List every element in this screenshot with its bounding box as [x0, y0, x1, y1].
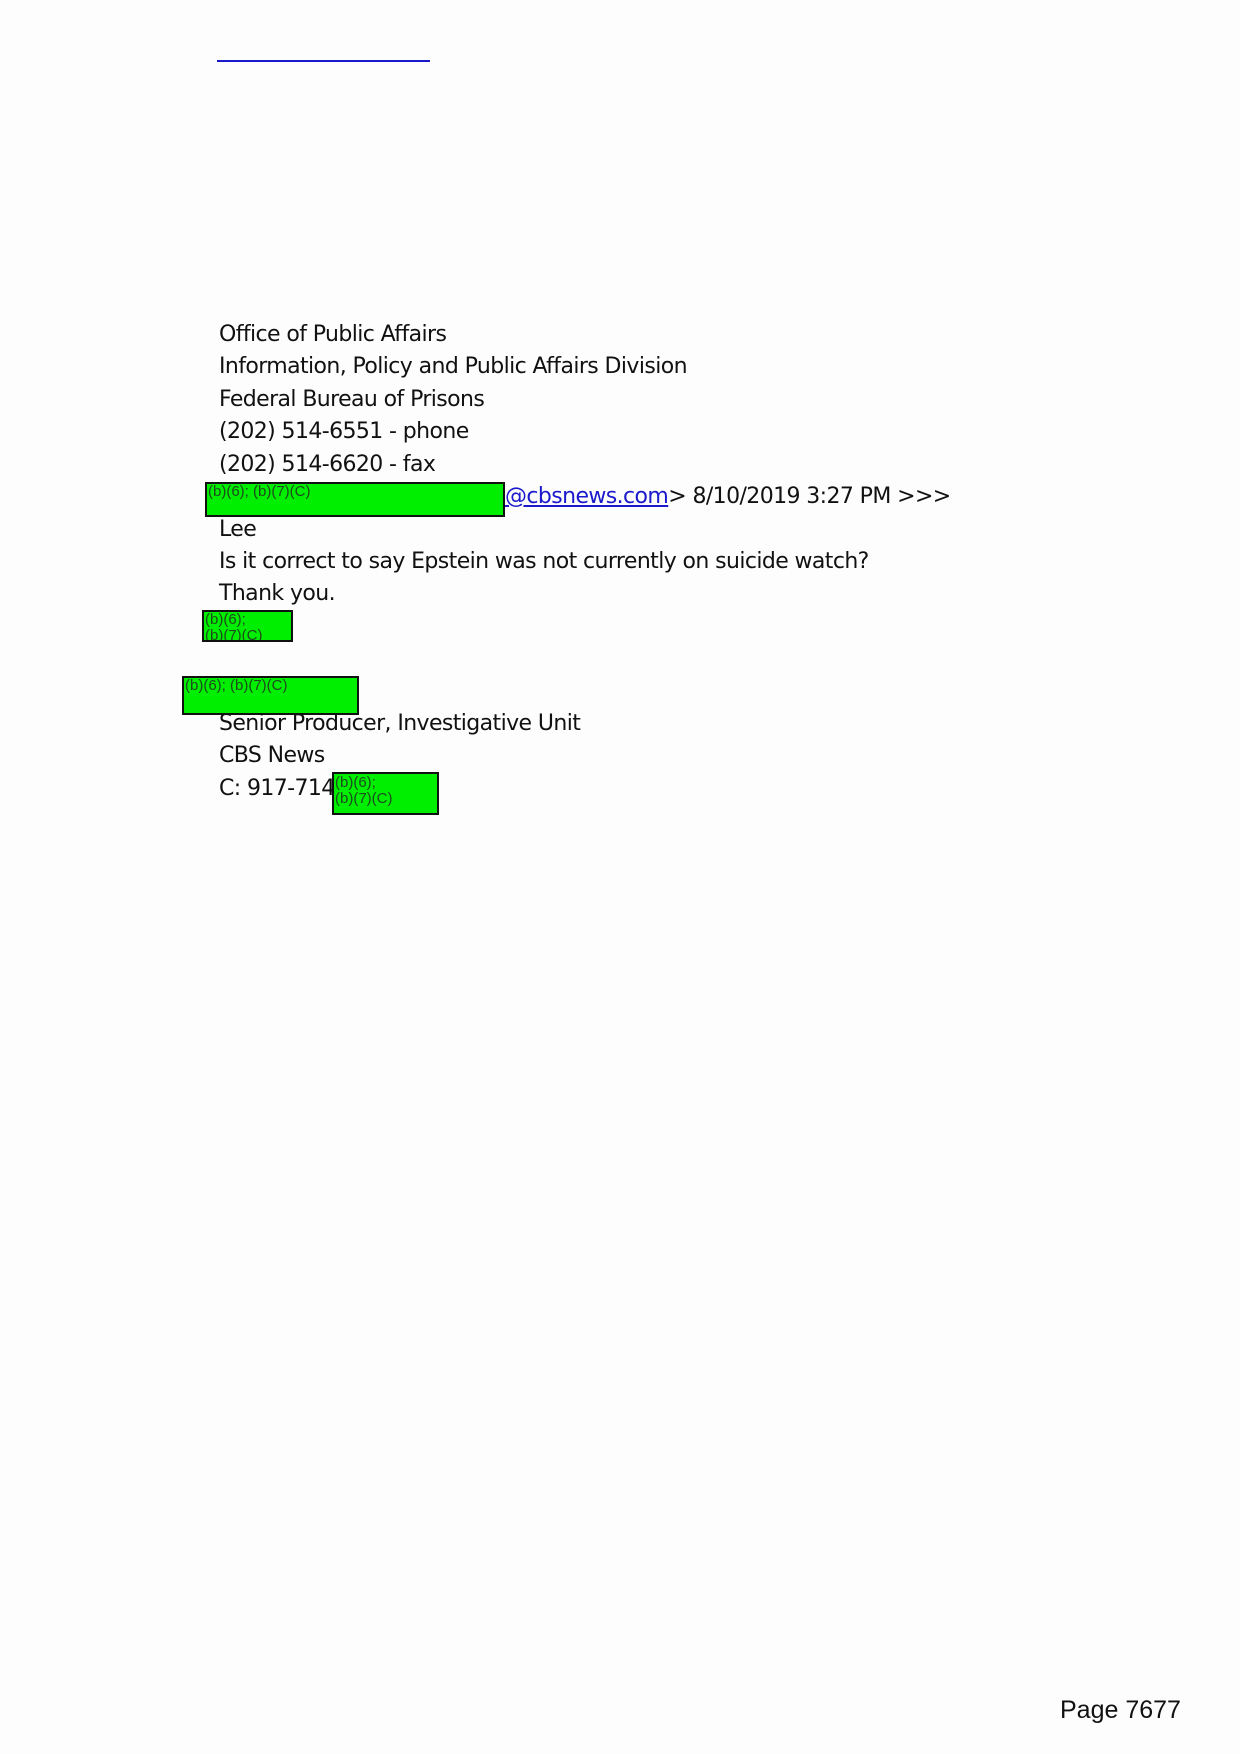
agency-name: Federal Bureau of Prisons	[219, 387, 484, 413]
clipped-link[interactable]: ________________	[217, 36, 430, 62]
redaction-label: (b)(6); (b)(7)(C)	[208, 483, 311, 500]
redaction-box-sender-name: (b)(6); (b)(7)(C)	[202, 610, 293, 642]
redaction-box-email: (b)(6); (b)(7)(C)	[205, 482, 505, 517]
fax-number: (202) 514-6620 - fax	[219, 452, 435, 478]
redaction-label: (b)(7)(C)	[335, 791, 437, 807]
clipped-link-text[interactable]: ________________	[217, 42, 393, 62]
redaction-box-sender-full: (b)(6); (b)(7)(C)	[182, 676, 359, 715]
phone-number: (202) 514-6551 - phone	[219, 419, 469, 445]
email-header-line: @cbsnews.com> 8/10/2019 3:27 PM >>>	[505, 484, 951, 510]
office-name: Office of Public Affairs	[219, 322, 446, 348]
redaction-box-phone: (b)(6); (b)(7)(C)	[332, 772, 439, 815]
page-number: Page 7677	[1060, 1696, 1181, 1725]
closing: Thank you.	[219, 581, 335, 607]
sender-org: CBS News	[219, 743, 325, 769]
message-body: Is it correct to say Epstein was not cur…	[219, 549, 869, 575]
redaction-label: (b)(6); (b)(7)(C)	[185, 677, 288, 694]
sender-title: Senior Producer, Investigative Unit	[219, 711, 580, 737]
email-timestamp: > 8/10/2019 3:27 PM >>>	[668, 484, 950, 509]
redaction-label: (b)(6);	[335, 775, 437, 791]
redaction-label: (b)(6);	[205, 612, 291, 628]
sender-phone: C: 917-714	[219, 776, 335, 802]
division-name: Information, Policy and Public Affairs D…	[219, 354, 687, 380]
greeting: Lee	[219, 517, 256, 543]
redaction-label: (b)(7)(C)	[205, 628, 291, 642]
email-domain-link[interactable]: @cbsnews.com	[505, 484, 668, 509]
